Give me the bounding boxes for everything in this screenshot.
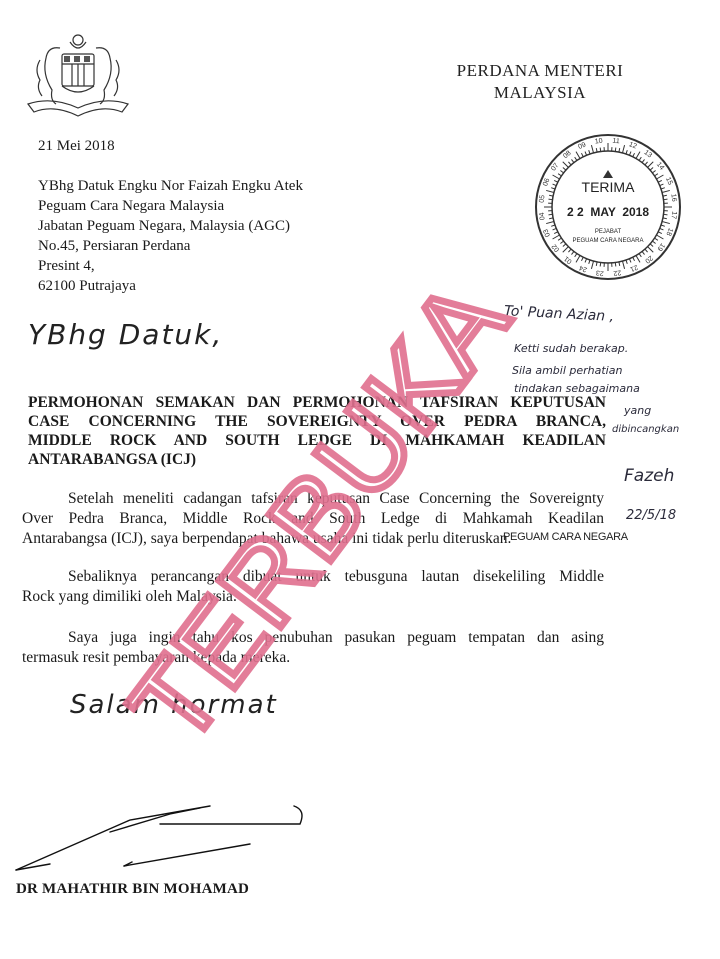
body-paragraph-3: Saya juga ingin tahu kos penubuhan pasuk… (22, 628, 604, 668)
stamp-label: TERIMA (582, 179, 636, 195)
svg-text:18: 18 (664, 227, 673, 237)
stamp-office-line1: PEJABAT (595, 229, 622, 235)
svg-text:22: 22 (613, 268, 622, 276)
handnote-line: dibincangkan (612, 424, 679, 435)
coat-of-arms-icon (22, 30, 134, 120)
body-paragraph-2: Sebaliknya perancangan dibuat untuk tebu… (22, 567, 604, 607)
agc-label: PEGUAM CARA NEGARA (503, 531, 628, 543)
svg-text:09: 09 (577, 141, 587, 151)
salutation: YBhg Datuk, (28, 318, 223, 351)
svg-text:10: 10 (594, 138, 603, 146)
svg-text:17: 17 (670, 211, 678, 220)
handnote-initials: Fazeh (624, 466, 674, 486)
address-line: Peguam Cara Negara Malaysia (38, 196, 303, 216)
letter-date: 21 Mei 2018 (38, 138, 115, 155)
paragraph-line: Rock yang dimiliki oleh Malaysia. (22, 587, 604, 607)
handnote-line: yang (624, 404, 651, 417)
svg-text:23: 23 (596, 269, 605, 277)
svg-text:06: 06 (542, 177, 551, 187)
handnote-line: Sila ambil perhatian (512, 364, 622, 377)
paragraph-line: Over Pedra Branca, Middle Rock and South… (22, 509, 604, 529)
subject-line: CASE CONCERNING THE SOVEREIGNTY OVER PED… (28, 412, 606, 431)
address-line: YBhg Datuk Engku Nor Faizah Engku Atek (38, 176, 303, 196)
stamp-date: 2 2 MAY 2018 (567, 205, 649, 219)
svg-text:21: 21 (629, 263, 639, 273)
recipient-address: YBhg Datuk Engku Nor Faizah Engku Atek P… (38, 176, 303, 296)
letterhead-title-line2: MALAYSIA (440, 82, 640, 104)
handnote-line: Ketti sudah berakap. (514, 342, 628, 355)
paragraph-line: termasuk resit pembayaran kepada mereka. (22, 648, 604, 668)
closing-handwritten: Salam hormat (70, 690, 278, 720)
address-line: No.45, Persiaran Perdana (38, 236, 303, 256)
svg-text:16: 16 (669, 193, 677, 202)
subject-heading: PERMOHONAN SEMAKAN DAN PERMOHONAN TAFSIR… (28, 393, 606, 469)
svg-text:15: 15 (664, 176, 674, 186)
letterhead-title: PERDANA MENTERI MALAYSIA (440, 60, 640, 104)
svg-text:12: 12 (628, 141, 638, 150)
address-line: 62100 Putrajaya (38, 276, 303, 296)
triangle-icon (603, 170, 613, 178)
svg-text:24: 24 (578, 263, 588, 272)
svg-text:05: 05 (539, 195, 547, 204)
signature-icon (10, 780, 310, 880)
paragraph-line: Saya juga ingin tahu kos penubuhan pasuk… (22, 628, 604, 648)
paragraph-line: Sebaliknya perancangan dibuat untuk tebu… (22, 567, 604, 587)
paragraph-line: Setelah meneliti cadangan tafsiran keput… (22, 489, 604, 509)
svg-text:03: 03 (542, 228, 552, 238)
address-line: Jabatan Peguam Negara, Malaysia (AGC) (38, 216, 303, 236)
letterhead-title-line1: PERDANA MENTERI (440, 60, 640, 82)
subject-line: ANTARABANGSA (ICJ) (28, 450, 606, 469)
received-stamp: 1011121314151617181920212223240102030405… (533, 132, 683, 282)
address-line: Presint 4, (38, 256, 303, 276)
signatory-name: DR MAHATHIR BIN MOHAMAD (16, 881, 249, 898)
handnote-date: 22/5/18 (626, 508, 676, 523)
svg-text:04: 04 (539, 212, 547, 221)
subject-line: PERMOHONAN SEMAKAN DAN PERMOHONAN TAFSIR… (28, 393, 606, 412)
handnote-line: To' Puan Azian , (504, 303, 615, 325)
stamp-office-line2: PEGUAM CARA NEGARA (572, 238, 643, 244)
subject-line: MIDDLE ROCK AND SOUTH LEDGE DI MAHKAMAH … (28, 431, 606, 450)
svg-text:11: 11 (612, 138, 620, 146)
